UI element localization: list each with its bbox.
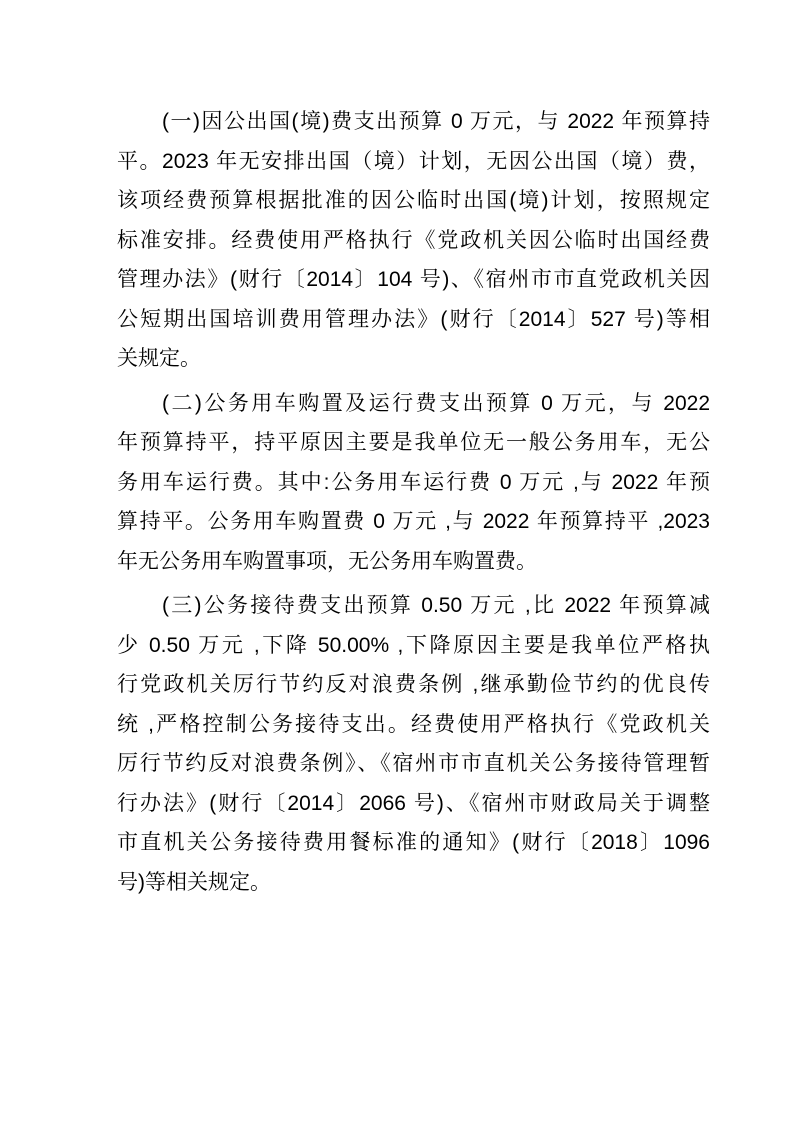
text-line: 标准安排。经费使用严格执行《党政机关因公临时出国经费: [117, 221, 710, 261]
text-line: 行党政机关厉行节约反对浪费条例 ,继承勤俭节约的优良传: [117, 665, 710, 705]
text-line: 平。2023 年无安排出国（境）计划，无因公出国（境）费，: [117, 142, 710, 182]
text-line: 务用车运行费。其中:公务用车运行费 0 万元 ,与 2022 年预: [117, 463, 710, 503]
text-line: (二)公务用车购置及运行费支出预算 0 万元，与 2022: [117, 384, 710, 424]
text-line: 年无公务用车购置事项，无公务用车购置费。: [117, 542, 710, 582]
text-line: 厉行节约反对浪费条例》、《宿州市市直机关公务接待管理暂: [117, 744, 710, 784]
text-line: 市直机关公务接待费用餐标准的通知》(财行〔2018〕1096: [117, 823, 710, 863]
text-line: 管理办法》(财行〔2014〕104 号)、《宿州市市直党政机关因: [117, 260, 710, 300]
paragraph-1-travel-abroad-expense: (一)因公出国(境)费支出预算 0 万元，与 2022 年预算持平。2023 年…: [117, 102, 710, 379]
text-line: 号)等相关规定。: [117, 863, 710, 903]
text-line: 统 ,严格控制公务接待支出。经费使用严格执行《党政机关: [117, 705, 710, 745]
paragraph-2-official-vehicle-expense: (二)公务用车购置及运行费支出预算 0 万元，与 2022年预算持平，持平原因主…: [117, 384, 710, 582]
text-line: 算持平。公务用车购置费 0 万元 ,与 2022 年预算持平 ,2023: [117, 502, 710, 542]
text-line: 少 0.50 万元 ,下降 50.00% ,下降原因主要是我单位严格执: [117, 626, 710, 666]
text-line: 年预算持平，持平原因主要是我单位无一般公务用车，无公: [117, 423, 710, 463]
paragraph-3-official-reception-expense: (三)公务接待费支出预算 0.50 万元 ,比 2022 年预算减少 0.50 …: [117, 586, 710, 902]
text-line: 公短期出国培训费用管理办法》(财行〔2014〕527 号)等相: [117, 300, 710, 340]
document-page: (一)因公出国(境)费支出预算 0 万元，与 2022 年预算持平。2023 年…: [0, 0, 793, 1122]
text-line: 关规定。: [117, 339, 710, 379]
text-line: 该项经费预算根据批准的因公临时出国(境)计划，按照规定: [117, 181, 710, 221]
text-line: 行办法》(财行〔2014〕2066 号)、《宿州市财政局关于调整: [117, 784, 710, 824]
text-line: (三)公务接待费支出预算 0.50 万元 ,比 2022 年预算减: [117, 586, 710, 626]
document-text-block: (一)因公出国(境)费支出预算 0 万元，与 2022 年预算持平。2023 年…: [117, 102, 710, 902]
text-line: (一)因公出国(境)费支出预算 0 万元，与 2022 年预算持: [117, 102, 710, 142]
